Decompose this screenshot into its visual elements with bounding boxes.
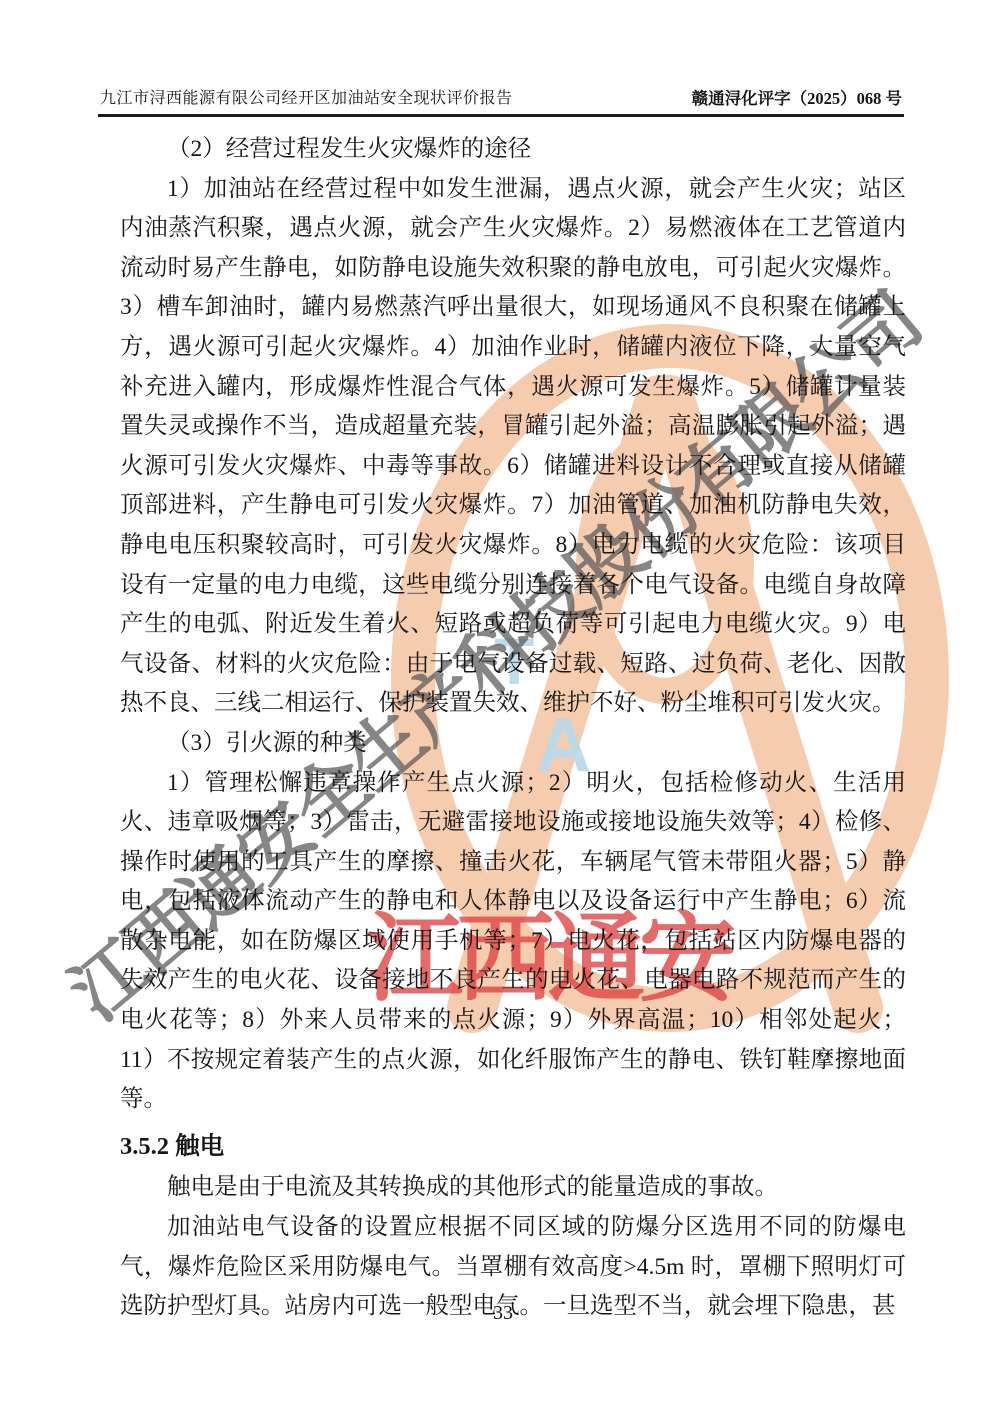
document-page: T A 江西通安全生产科技股份有限公司 江西通安 九江市浔西能源有限公司经开区加… (0, 0, 1000, 1414)
page-number: 33 (493, 1302, 513, 1324)
document-body: （2）经营过程发生火灾爆炸的途径 1）加油站在经营过程中如发生泄漏，遇点火源，就… (120, 130, 906, 1327)
page-header: 九江市浔西能源有限公司经开区加油站安全现状评价报告 赣通浔化评字（2025）06… (100, 88, 902, 110)
paragraph-ignition-sources: 1）管理松懈违章操作产生点火源；2）明火，包括检修动火、生活用火、违章吸烟等；3… (120, 764, 906, 1120)
header-rule (98, 114, 904, 117)
section-heading-352: 3.5.2 触电 (120, 1127, 906, 1167)
paragraph-fire-paths: 1）加油站在经营过程中如发生泄漏，遇点火源，就会产生火灾；站区内油蒸汽积聚，遇点… (120, 170, 906, 724)
paragraph-fire-paths-title: （2）经营过程发生火灾爆炸的途径 (120, 130, 906, 170)
paragraph-ignition-title: （3）引火源的种类 (120, 724, 906, 764)
header-doc-number: 赣通浔化评字（2025）068 号 (692, 88, 902, 110)
paragraph-shock-intro: 触电是由于电流及其转换成的其他形式的能量造成的事故。 (120, 1168, 906, 1208)
page-footer: 33 (100, 1302, 906, 1325)
header-report-title: 九江市浔西能源有限公司经开区加油站安全现状评价报告 (100, 88, 513, 110)
